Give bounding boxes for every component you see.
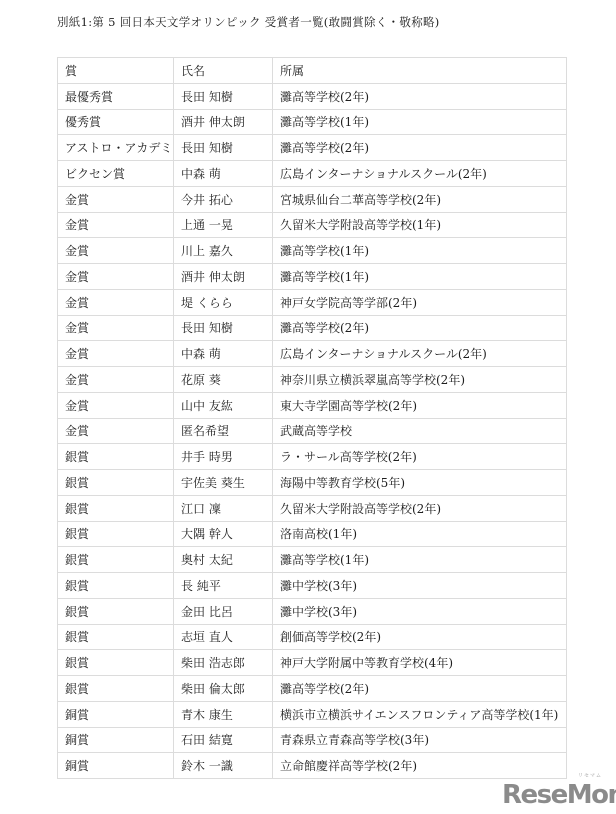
award-cell: 金賞	[58, 212, 174, 238]
table-row: 金賞 花原 葵 神奈川県立横浜翠嵐高等学校(2年)	[58, 367, 567, 393]
affiliation-cell: ラ・サール高等学校(2年)	[273, 444, 567, 470]
affiliation-cell: 灘中学校(3年)	[273, 598, 567, 624]
table-row: 金賞 川上 嘉久 灘高等学校(1年)	[58, 238, 567, 264]
table-row: 金賞 中森 萌 広島インターナショナルスクール(2年)	[58, 341, 567, 367]
resemom-logo-ruby: リセマム	[578, 772, 602, 779]
table-row: 銅賞 青木 康生 横浜市立横浜サイエンスフロンティア高等学校(1年)	[58, 701, 567, 727]
award-cell: 銀賞	[58, 495, 174, 521]
table-row: 銅賞 石田 結寛 青森県立青森高等学校(3年)	[58, 727, 567, 753]
name-cell: 柴田 倫太郎	[174, 676, 273, 702]
name-cell: 山中 友紘	[174, 392, 273, 418]
table-row: 銀賞 柴田 倫太郎 灘高等学校(2年)	[58, 676, 567, 702]
table-row: 銀賞 江口 凜 久留米大学附設高等学校(2年)	[58, 495, 567, 521]
affiliation-cell: 灘高等学校(2年)	[273, 676, 567, 702]
award-cell: 銀賞	[58, 444, 174, 470]
table-row: 最優秀賞 長田 知樹 灘高等学校(2年)	[58, 83, 567, 109]
affiliation-cell: 洛南高校(1年)	[273, 521, 567, 547]
name-cell: 長田 知樹	[174, 83, 273, 109]
col-header-award: 賞	[58, 58, 174, 84]
affiliation-cell: 宮城県仙台二華高等学校(2年)	[273, 186, 567, 212]
affiliation-cell: 灘高等学校(1年)	[273, 109, 567, 135]
affiliation-cell: 神戸女学院高等学部(2年)	[273, 289, 567, 315]
table-row: 金賞 山中 友紘 東大寺学園高等学校(2年)	[58, 392, 567, 418]
table-row: 金賞 酒井 伸太朗 灘高等学校(1年)	[58, 264, 567, 290]
award-cell: 銀賞	[58, 547, 174, 573]
award-cell: 金賞	[58, 186, 174, 212]
name-cell: 長 純平	[174, 573, 273, 599]
affiliation-cell: 灘中学校(3年)	[273, 573, 567, 599]
name-cell: 宇佐美 葵生	[174, 470, 273, 496]
table-row: 優秀賞 酒井 伸太朗 灘高等学校(1年)	[58, 109, 567, 135]
table-header: 賞 氏名 所属	[58, 58, 567, 84]
award-cell: 銅賞	[58, 727, 174, 753]
affiliation-cell: 横浜市立横浜サイエンスフロンティア高等学校(1年)	[273, 701, 567, 727]
table-row: 銀賞 志垣 直人 創価高等学校(2年)	[58, 624, 567, 650]
award-cell: アストロ・アカデミア賞	[58, 135, 174, 161]
table-row: 銀賞 大隅 幹人 洛南高校(1年)	[58, 521, 567, 547]
name-cell: 中森 萌	[174, 341, 273, 367]
affiliation-cell: 創価高等学校(2年)	[273, 624, 567, 650]
name-cell: 長田 知樹	[174, 315, 273, 341]
table-row: 銀賞 長 純平 灘中学校(3年)	[58, 573, 567, 599]
affiliation-cell: 灘高等学校(2年)	[273, 315, 567, 341]
page-title: 別紙1:第 5 回日本天文学オリンピック 受賞者一覧(敢闘賞除く・敬称略)	[57, 15, 440, 30]
name-cell: 今井 拓心	[174, 186, 273, 212]
table-row: アストロ・アカデミア賞 長田 知樹 灘高等学校(2年)	[58, 135, 567, 161]
name-cell: 長田 知樹	[174, 135, 273, 161]
affiliation-cell: 久留米大学附設高等学校(1年)	[273, 212, 567, 238]
name-cell: 川上 嘉久	[174, 238, 273, 264]
award-cell: 銀賞	[58, 624, 174, 650]
name-cell: 志垣 直人	[174, 624, 273, 650]
table-row: 銀賞 金田 比呂 灘中学校(3年)	[58, 598, 567, 624]
name-cell: 奥村 太紀	[174, 547, 273, 573]
name-cell: 柴田 浩志郎	[174, 650, 273, 676]
affiliation-cell: 灘高等学校(1年)	[273, 238, 567, 264]
table-row: 金賞 上通 一晃 久留米大学附設高等学校(1年)	[58, 212, 567, 238]
name-cell: 金田 比呂	[174, 598, 273, 624]
name-cell: 中森 萌	[174, 161, 273, 187]
award-cell: 銀賞	[58, 650, 174, 676]
resemom-logo: リセマム ReseMom.	[502, 774, 614, 812]
award-cell: 優秀賞	[58, 109, 174, 135]
name-cell: 堤 くらら	[174, 289, 273, 315]
name-cell: 匿名希望	[174, 418, 273, 444]
name-cell: 上通 一晃	[174, 212, 273, 238]
affiliation-cell: 東大寺学園高等学校(2年)	[273, 392, 567, 418]
affiliation-cell: 久留米大学附設高等学校(2年)	[273, 495, 567, 521]
table-row: 金賞 匿名希望 武蔵高等学校	[58, 418, 567, 444]
affiliation-cell: 神奈川県立横浜翠嵐高等学校(2年)	[273, 367, 567, 393]
award-cell: 金賞	[58, 315, 174, 341]
award-cell: 銅賞	[58, 701, 174, 727]
affiliation-cell: 武蔵高等学校	[273, 418, 567, 444]
award-cell: 金賞	[58, 418, 174, 444]
award-cell: 金賞	[58, 341, 174, 367]
resemom-logo-text: ReseMom.	[502, 780, 616, 810]
affiliation-cell: 広島インターナショナルスクール(2年)	[273, 341, 567, 367]
name-cell: 花原 葵	[174, 367, 273, 393]
affiliation-cell: 海陽中等教育学校(5年)	[273, 470, 567, 496]
name-cell: 大隅 幹人	[174, 521, 273, 547]
affiliation-cell: 青森県立青森高等学校(3年)	[273, 727, 567, 753]
name-cell: 酒井 伸太朗	[174, 264, 273, 290]
table-row: 銀賞 宇佐美 葵生 海陽中等教育学校(5年)	[58, 470, 567, 496]
award-cell: 銀賞	[58, 676, 174, 702]
award-cell: 金賞	[58, 238, 174, 264]
winners-table: 賞 氏名 所属 最優秀賞 長田 知樹 灘高等学校(2年) 優秀賞 酒井 伸太朗 …	[57, 57, 567, 779]
award-cell: 銀賞	[58, 598, 174, 624]
table-row: 銀賞 奥村 太紀 灘高等学校(1年)	[58, 547, 567, 573]
affiliation-cell: 灘高等学校(1年)	[273, 547, 567, 573]
col-header-affiliation: 所属	[273, 58, 567, 84]
table-row: 金賞 堤 くらら 神戸女学院高等学部(2年)	[58, 289, 567, 315]
name-cell: 江口 凜	[174, 495, 273, 521]
award-cell: 最優秀賞	[58, 83, 174, 109]
document-page: 別紙1:第 5 回日本天文学オリンピック 受賞者一覧(敢闘賞除く・敬称略) 賞 …	[0, 0, 616, 814]
award-cell: 金賞	[58, 289, 174, 315]
affiliation-cell: 灘高等学校(1年)	[273, 264, 567, 290]
table-body: 最優秀賞 長田 知樹 灘高等学校(2年) 優秀賞 酒井 伸太朗 灘高等学校(1年…	[58, 83, 567, 778]
name-cell: 鈴木 一識	[174, 753, 273, 779]
table-row: 銅賞 鈴木 一識 立命館慶祥高等学校(2年)	[58, 753, 567, 779]
award-cell: 銀賞	[58, 573, 174, 599]
table-row: 金賞 今井 拓心 宮城県仙台二華高等学校(2年)	[58, 186, 567, 212]
name-cell: 酒井 伸太朗	[174, 109, 273, 135]
affiliation-cell: 灘高等学校(2年)	[273, 83, 567, 109]
award-cell: 金賞	[58, 367, 174, 393]
name-cell: 井手 時男	[174, 444, 273, 470]
name-cell: 石田 結寛	[174, 727, 273, 753]
affiliation-cell: 神戸大学附属中等教育学校(4年)	[273, 650, 567, 676]
table-row: ビクセン賞 中森 萌 広島インターナショナルスクール(2年)	[58, 161, 567, 187]
award-cell: 銀賞	[58, 470, 174, 496]
award-cell: 金賞	[58, 392, 174, 418]
award-cell: ビクセン賞	[58, 161, 174, 187]
table-row: 金賞 長田 知樹 灘高等学校(2年)	[58, 315, 567, 341]
award-cell: 銅賞	[58, 753, 174, 779]
award-cell: 金賞	[58, 264, 174, 290]
affiliation-cell: 灘高等学校(2年)	[273, 135, 567, 161]
award-cell: 銀賞	[58, 521, 174, 547]
affiliation-cell: 広島インターナショナルスクール(2年)	[273, 161, 567, 187]
name-cell: 青木 康生	[174, 701, 273, 727]
header-row: 賞 氏名 所属	[58, 58, 567, 84]
col-header-name: 氏名	[174, 58, 273, 84]
table-row: 銀賞 井手 時男 ラ・サール高等学校(2年)	[58, 444, 567, 470]
table-row: 銀賞 柴田 浩志郎 神戸大学附属中等教育学校(4年)	[58, 650, 567, 676]
